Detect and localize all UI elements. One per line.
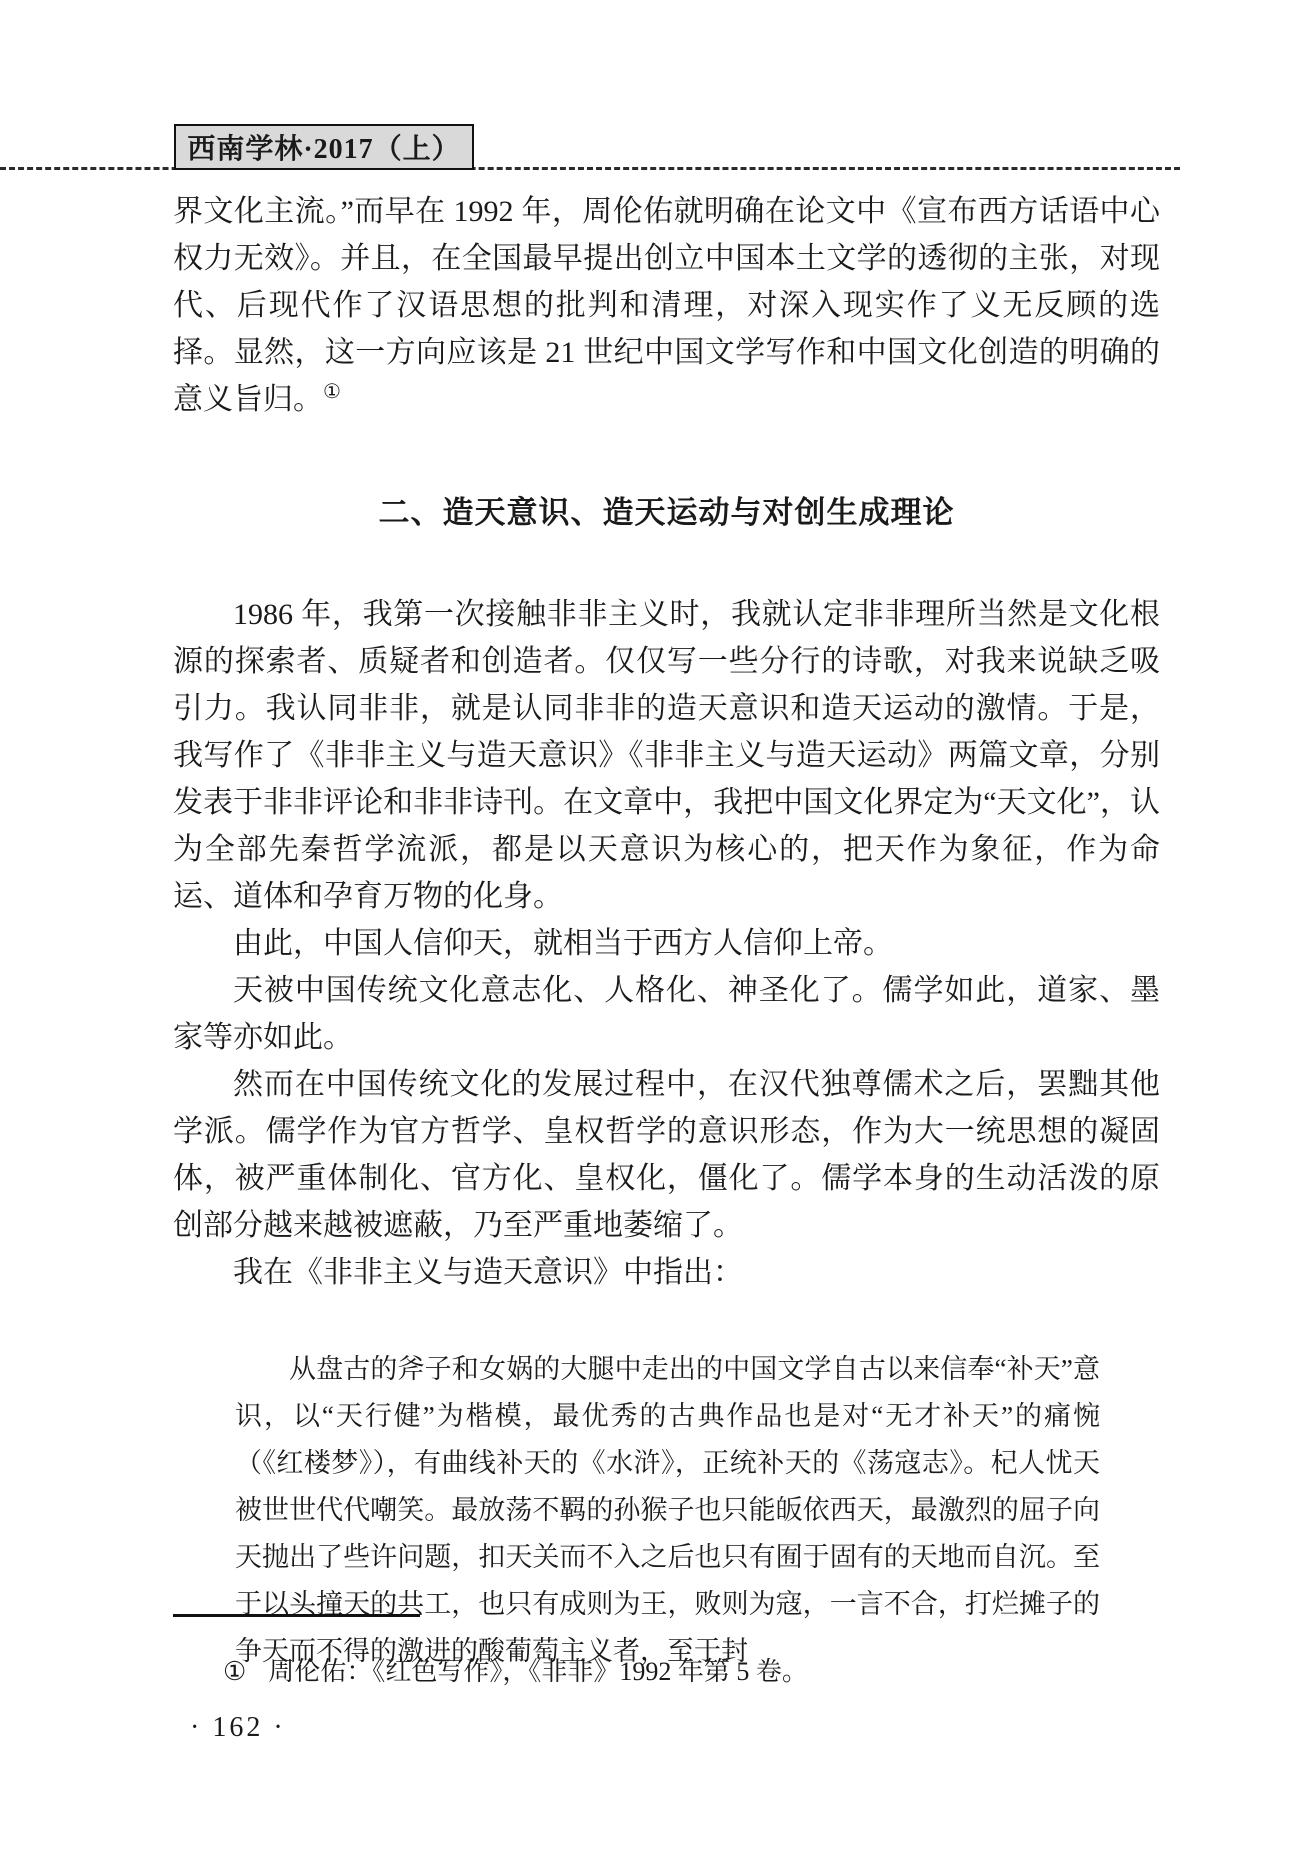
page-content: 界文化主流。”而早在 1992 年，周伦佑就明确在论文中《宣布西方话语中心权力无… [173,188,1160,1675]
paragraph-belief-in-heaven: 由此，中国人信仰天，就相当于西方人信仰上帝。 [173,920,1160,967]
journal-title: 西南学林·2017（上） [187,127,460,167]
journal-header-badge: 西南学林·2017（上） [174,124,474,170]
book-page: 西南学林·2017（上） 界文化主流。”而早在 1992 年，周伦佑就明确在论文… [0,0,1307,1859]
block-quote: 从盘古的斧子和女娲的大腿中走出的中国文学自古以来信奉“补天”意识，以“天行健”为… [235,1346,1100,1675]
footnote-marker: ① [223,1657,246,1686]
paragraph-quote-lead-in: 我在《非非主义与造天意识》中指出： [173,1249,1160,1296]
paragraph-continued: 界文化主流。”而早在 1992 年，周伦佑就明确在论文中《宣布西方话语中心权力无… [173,188,1160,423]
page-number: · 162 · [190,1712,286,1744]
heading-spacer [173,537,1160,591]
footnote: ①周伦佑：《红色写作》，《非非》1992 年第 5 卷。 [173,1652,1160,1692]
section-heading: 二、造天意识、造天运动与对创生成理论 [173,489,1160,537]
footnote-reference-mark: ① [323,381,341,403]
paragraph-personified-heaven: 天被中国传统文化意志化、人格化、神圣化了。儒学如此，道家、墨家等亦如此。 [173,967,1160,1061]
paragraph-confucianism: 然而在中国传统文化的发展过程中，在汉代独尊儒术之后，罢黜其他学派。儒学作为官方哲… [173,1061,1160,1249]
footnote-separator-rule [173,1614,420,1617]
paragraph-1986: 1986 年，我第一次接触非非主义时，我就认定非非理所当然是文化根源的探索者、质… [173,591,1160,920]
paragraph-continued-text: 界文化主流。”而早在 1992 年，周伦佑就明确在论文中《宣布西方话语中心权力无… [173,195,1160,416]
footnote-text: 周伦佑：《红色写作》，《非非》1992 年第 5 卷。 [268,1657,808,1686]
